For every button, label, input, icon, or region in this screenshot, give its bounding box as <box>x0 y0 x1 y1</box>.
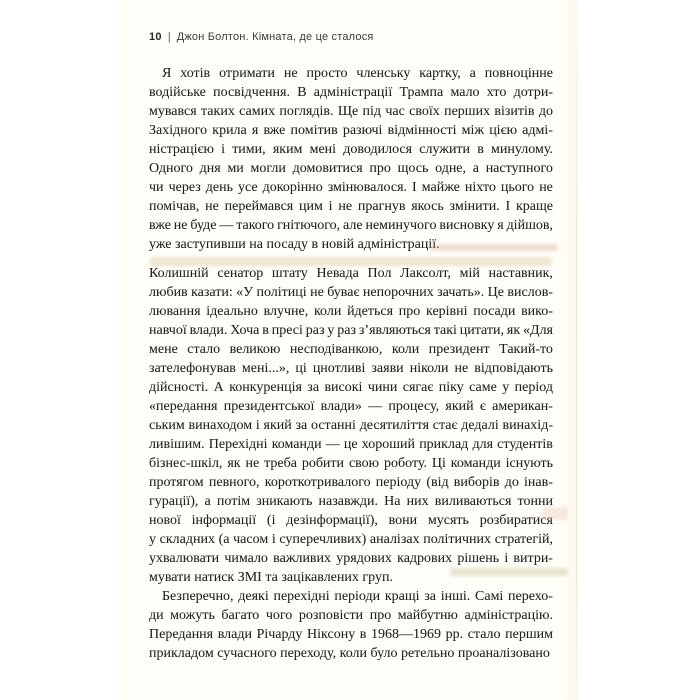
word: з’являються <box>359 321 431 340</box>
word: усе <box>238 178 258 197</box>
word: наступного <box>486 159 553 178</box>
word: десятиліття <box>360 416 429 435</box>
word: поглядів. <box>279 102 333 121</box>
word: прагнув <box>358 197 406 216</box>
word: домовитися <box>293 159 363 178</box>
word: за <box>295 416 307 435</box>
word: протягом <box>149 473 204 492</box>
word: коли <box>314 302 341 321</box>
word: короткотривалого <box>265 473 371 492</box>
word: відповідають <box>474 359 553 378</box>
word: Самі <box>475 587 503 606</box>
word: виборів <box>454 473 500 492</box>
word: урядових <box>336 549 392 568</box>
word: не <box>310 283 324 302</box>
word: і <box>504 549 508 568</box>
word: вико- <box>521 302 553 321</box>
word: про <box>369 159 391 178</box>
word: ми <box>227 159 243 178</box>
text-line: Яхотівотриматинепросточленськукартку,апо… <box>149 64 553 83</box>
text-line: протягомпевного,короткотривалогоперіоду(… <box>149 473 553 492</box>
word: служити <box>419 140 470 159</box>
word: Одного <box>149 159 193 178</box>
page-edge-shadow <box>576 0 577 700</box>
word: команди <box>272 435 322 454</box>
word: важливих <box>273 549 331 568</box>
text-line: менесталовеликоюнесподіванкою,колипрезид… <box>149 340 553 359</box>
word: посвідчення. <box>213 83 290 102</box>
text-line: новоїінформації(ідезінформації),вонимуся… <box>149 511 553 530</box>
word: «У <box>236 283 253 302</box>
word: докорінно <box>263 178 323 197</box>
word: високі <box>324 378 362 397</box>
word: пресі <box>272 321 303 340</box>
word: це <box>344 435 358 454</box>
text-line: бізнес-шкіл,якнетребаробитисвоюроботу.Ці… <box>149 454 553 473</box>
word: раз <box>337 321 356 340</box>
word: стратегій, <box>495 530 553 549</box>
word: сенатор <box>217 264 263 283</box>
paragraph: Яхотівотриматинепросточленськукартку,апо… <box>149 64 553 254</box>
word: цнотливі <box>313 359 366 378</box>
word: першим <box>505 625 553 644</box>
text-line: «переданняпрезидентськоївлади»—процесу,я… <box>149 397 553 416</box>
word: казати: <box>191 283 233 302</box>
word: вони <box>389 511 418 530</box>
word: 1968—1969 <box>371 625 441 644</box>
text-line: ливішим.Перехіднікоманди—цехорошийприкла… <box>149 435 553 454</box>
word: майже <box>422 178 460 197</box>
running-header: 10 | Джон Болтон. Кімната, де це сталося <box>149 31 374 44</box>
word: щось <box>398 159 429 178</box>
word: політичних <box>423 530 491 549</box>
word: раз <box>306 321 325 340</box>
word: американ- <box>492 397 553 416</box>
word: штату <box>272 264 308 283</box>
word: дезінформації), <box>286 511 378 530</box>
word: мусять <box>428 511 469 530</box>
word: і <box>272 530 276 549</box>
word: хороший <box>362 435 415 454</box>
word: крила <box>212 121 247 140</box>
word: Ніксону <box>307 625 355 644</box>
word: за <box>307 378 319 397</box>
word: самих <box>239 102 275 121</box>
word: адміністрацію. <box>464 606 553 625</box>
word: про <box>399 302 421 321</box>
word: повноцінне <box>485 64 553 83</box>
text-line: мувавсятакихсамихпоглядів.Щепідчассвоїхп… <box>149 102 553 121</box>
word: за <box>424 587 436 606</box>
word: такі <box>434 321 457 340</box>
word: Такий-то <box>499 340 553 359</box>
text-line: уже заступивши на посаду в новій адмініс… <box>149 235 553 254</box>
word: великою <box>230 340 281 359</box>
paragraph: Безперечно,деякіперехідніперіодикращізаі… <box>149 587 553 663</box>
word: свою <box>349 454 379 473</box>
word: членську <box>356 64 410 83</box>
word: В <box>297 83 306 102</box>
word: керівні <box>426 302 468 321</box>
word: піку <box>439 378 464 397</box>
word: мувався <box>149 102 197 121</box>
scanned-book-page-canvas: { "page": { "header": { "page_number": "… <box>0 0 700 700</box>
word: витри- <box>513 549 553 568</box>
word: який <box>445 397 473 416</box>
word: влучне, <box>264 302 309 321</box>
word: Безперечно, <box>162 587 234 606</box>
word: «передання <box>149 397 218 416</box>
page-number: 10 <box>149 31 162 44</box>
word: таких <box>201 102 235 121</box>
word: зникають <box>256 492 312 511</box>
word: буде <box>190 216 216 235</box>
text-line: мувати натиск ЗМІ та зацікавлених груп. <box>149 568 553 587</box>
word: Лаксолт, <box>400 264 451 283</box>
word: у <box>327 321 334 340</box>
word: картку, <box>419 64 460 83</box>
word: яким <box>273 140 303 159</box>
word: Пол <box>368 264 392 283</box>
book-page: 10 | Джон Болтон. Кімната, де це сталося… <box>118 0 580 700</box>
word: несподіванкою, <box>290 340 383 359</box>
word: інші. <box>441 587 471 606</box>
word: ським <box>149 416 185 435</box>
word: зателефонував <box>149 359 236 378</box>
word: цією <box>489 121 517 140</box>
word: мій <box>460 264 480 283</box>
word: отримати <box>219 64 275 83</box>
word: якось <box>411 197 443 216</box>
word: влади <box>218 625 252 644</box>
word: ніколи <box>410 359 449 378</box>
word: і <box>256 416 260 435</box>
word: візитів <box>494 102 534 121</box>
word: існують <box>506 454 553 473</box>
word: до <box>505 473 519 492</box>
word: вислов- <box>507 283 553 302</box>
word: деякі <box>238 587 268 606</box>
word: дійсності. <box>149 378 208 397</box>
word: Невада <box>317 264 359 283</box>
word: час <box>385 102 404 121</box>
word: дотри- <box>514 83 553 102</box>
word: тими, <box>232 140 265 159</box>
word: цього <box>501 178 534 197</box>
word: винахід- <box>503 416 553 435</box>
text-line: водійськепосвідчення.ВадміністраціїТрамп… <box>149 83 553 102</box>
word: процесу, <box>388 397 439 416</box>
word: не <box>174 216 188 235</box>
word: одне, <box>435 159 466 178</box>
word: а <box>205 492 211 511</box>
header-separator: | <box>168 31 171 44</box>
text-line: чичерезденьуседокоріннозмінювалося.Імайж… <box>149 178 553 197</box>
word: вже <box>263 121 285 140</box>
word: Західного <box>149 121 207 140</box>
word: інав- <box>524 473 553 492</box>
word: ухвалювати <box>149 549 219 568</box>
word: президентської <box>224 397 315 416</box>
word: навчої <box>149 321 187 340</box>
word: ніхто <box>465 178 496 197</box>
text-line: ПереданнявладиРічардуНіксонув1968—1969рр… <box>149 625 553 644</box>
word: своїх <box>409 102 440 121</box>
word: зачать». <box>437 283 484 302</box>
word: складних <box>160 530 215 549</box>
word: день <box>206 178 233 197</box>
word: коли <box>392 340 419 359</box>
word: не <box>205 197 219 216</box>
word: стало <box>187 340 220 359</box>
word: розповісти <box>299 606 363 625</box>
word: кадрових <box>397 549 452 568</box>
word: мало <box>450 83 479 102</box>
word: я <box>497 216 503 235</box>
word: цитати, <box>460 321 504 340</box>
word: влади» <box>321 397 362 416</box>
word: Ще <box>338 102 358 121</box>
word: разючі <box>343 121 383 140</box>
text-line: ністрацієюітими,якимменідоводилосяслужит… <box>149 140 553 159</box>
word: який <box>264 416 292 435</box>
text-line: Безперечно,деякіперехідніперіодикращізаі… <box>149 587 553 606</box>
word: про <box>370 606 392 625</box>
word: відмінності <box>388 121 457 140</box>
word: є <box>480 397 486 416</box>
word: в <box>360 625 367 644</box>
word: не <box>245 454 259 473</box>
word: водійське <box>149 83 206 102</box>
word: між <box>462 121 484 140</box>
word: під <box>363 102 382 121</box>
word: (від <box>426 473 448 492</box>
word: студентів <box>497 435 553 454</box>
text-line: зателефонувавмені...»,ціцнотливізаявинік… <box>149 359 553 378</box>
word: сягає <box>403 378 434 397</box>
text-line: ухвалюватичималоважливихурядовихкадрових… <box>149 549 553 568</box>
text-line: гурації),апотімзникаютьназавжди.Нанихвил… <box>149 492 553 511</box>
word: Це <box>488 283 504 302</box>
word: багато <box>221 606 259 625</box>
word: наставник, <box>489 264 553 283</box>
word: у <box>149 530 156 549</box>
word: Колишній <box>149 264 209 283</box>
word: Хоча <box>230 321 259 340</box>
word: як <box>507 321 520 340</box>
word: «Для <box>523 321 553 340</box>
word: треба <box>264 454 297 473</box>
word: роботу. <box>384 454 427 473</box>
word: а <box>470 64 476 83</box>
word: адміністрації <box>314 83 392 102</box>
text-line: КолишнійсенаторштатуНевадаПолЛаксолт,мій… <box>149 264 553 283</box>
text-line: помічав,непереймавсяцимінепрагнувякосьзм… <box>149 197 553 216</box>
word: конкуренція <box>229 378 302 397</box>
word: доводилося <box>343 140 412 159</box>
word: (а <box>219 530 230 549</box>
word: але <box>343 216 363 235</box>
word: І <box>412 178 417 197</box>
word: президент <box>429 340 490 359</box>
word: не <box>539 178 553 197</box>
word: ністрацією <box>149 140 214 159</box>
word: помітив <box>291 121 338 140</box>
word: можуть <box>170 606 215 625</box>
text-line: люванняідеальновлучне,колийдетьсяпрокері… <box>149 302 553 321</box>
word: чини <box>368 378 398 397</box>
word: мені <box>310 140 336 159</box>
page-body: Яхотівотриматинепросточленськукартку,апо… <box>149 64 553 663</box>
word: гурації), <box>149 492 198 511</box>
word: стало <box>468 625 501 644</box>
word: Річарду <box>257 625 303 644</box>
word: могли <box>251 159 286 178</box>
word: чи <box>149 178 164 197</box>
word: чимало <box>224 549 268 568</box>
word: періоду <box>376 473 421 492</box>
word: дійшов, <box>507 216 553 235</box>
word: аналізах <box>370 530 420 549</box>
word: посади <box>473 302 515 321</box>
word: Передання <box>149 625 213 644</box>
word: помічав, <box>149 197 199 216</box>
word: для <box>472 435 493 454</box>
word: винаходом <box>189 416 253 435</box>
word: стає <box>433 416 458 435</box>
word: мене <box>149 340 178 359</box>
word: не <box>284 64 298 83</box>
text-line: дійсності.Аконкуренціязависокічинисягаєп… <box>149 378 553 397</box>
word: влади. <box>190 321 228 340</box>
word: як <box>227 454 240 473</box>
word: — <box>326 435 340 454</box>
word: виливаються <box>435 492 512 511</box>
word: а <box>473 159 479 178</box>
word: І <box>506 197 511 216</box>
word: А <box>214 378 224 397</box>
word: ці <box>295 359 306 378</box>
word: гнітючого, <box>277 216 340 235</box>
word: дня <box>200 159 221 178</box>
word: любив <box>149 283 188 302</box>
paragraph: КолишнійсенаторштатуНевадаПолЛаксолт,мій… <box>149 264 553 587</box>
word: такого <box>236 216 274 235</box>
word: просто <box>306 64 347 83</box>
word: кращі <box>385 587 420 606</box>
text-line: навчоївлади.Хочавпресіразуразз’являються… <box>149 321 553 340</box>
word: переймався <box>225 197 294 216</box>
word: я <box>252 121 258 140</box>
word: часом <box>233 530 268 549</box>
word: непорочних <box>363 283 434 302</box>
word: до <box>539 102 553 121</box>
word: перехо- <box>508 587 553 606</box>
word: назавжди. <box>319 492 378 511</box>
word: в <box>477 140 484 159</box>
word: перших <box>444 102 490 121</box>
word: ідеально <box>206 302 258 321</box>
word: заяви <box>371 359 403 378</box>
word: Перехідні <box>209 435 268 454</box>
word: рр. <box>446 625 464 644</box>
text-line: диможутьбагаточогорозповістипромайбутнюа… <box>149 606 553 625</box>
text-line: прикладом сучасного переходу, коли було … <box>149 644 553 663</box>
word: нової <box>149 511 181 530</box>
word: Я <box>162 64 171 83</box>
word: вже <box>149 216 171 235</box>
text-line: Західногокрилаявжепомітивразючівідміннос… <box>149 121 553 140</box>
text-line: ускладних(ачасомісуперечливих)аналізахпо… <box>149 530 553 549</box>
text-line: ськимвинаходоміякийзаостаннідесятиліттяс… <box>149 416 553 435</box>
word: не <box>338 197 352 216</box>
word: краще <box>516 197 553 216</box>
word: саме <box>469 378 497 397</box>
word: ливішим. <box>149 435 205 454</box>
word: періоди <box>334 587 380 606</box>
word: висновку <box>439 216 494 235</box>
word: рішень <box>457 549 499 568</box>
word: приклад <box>419 435 468 454</box>
word: змінити. <box>450 197 500 216</box>
word: в <box>262 321 269 340</box>
word: робити <box>302 454 344 473</box>
word: у <box>502 378 509 397</box>
word: команди <box>451 454 501 473</box>
text-line: вженебуде—такогогнітючого,аленеминучогов… <box>149 216 553 235</box>
word: певного, <box>209 473 260 492</box>
word: мені...», <box>242 359 289 378</box>
word: інформації <box>192 511 257 530</box>
word: йдеться <box>347 302 393 321</box>
word: ди <box>149 606 164 625</box>
word: змінювалося. <box>328 178 407 197</box>
word: — <box>219 216 233 235</box>
word: бізнес-шкіл, <box>149 454 222 473</box>
word: них <box>407 492 429 511</box>
word: На <box>384 492 400 511</box>
word: буває <box>327 283 359 302</box>
word: і <box>221 140 225 159</box>
word: чого <box>266 606 292 625</box>
book-title: Джон Болтон. Кімната, де це сталося <box>177 31 374 44</box>
word: політиці <box>257 283 307 302</box>
word: майбутню <box>398 606 458 625</box>
word: хто <box>487 83 507 102</box>
word: розбиратися <box>480 511 553 530</box>
word: адмі- <box>522 121 553 140</box>
word: минулому. <box>491 140 553 159</box>
word: не <box>455 359 469 378</box>
word: неминучого <box>365 216 436 235</box>
word: перехідні <box>273 587 329 606</box>
word: — <box>368 397 382 416</box>
word: лювання <box>149 302 201 321</box>
text-line: любивказати:«Уполітицінебуваєнепорочнихз… <box>149 283 553 302</box>
text-line: Одногоднямимоглидомовитисяпрощосьодне,ан… <box>149 159 553 178</box>
word: дедалі <box>461 416 499 435</box>
word: останні <box>311 416 356 435</box>
word: (і <box>267 511 276 530</box>
word: потім <box>217 492 250 511</box>
word: суперечливих) <box>279 530 366 549</box>
word: хотів <box>180 64 210 83</box>
word: цим <box>299 197 323 216</box>
word: період <box>515 378 553 397</box>
word: і <box>329 197 333 216</box>
word: Ці <box>432 454 446 473</box>
word: через <box>169 178 201 197</box>
